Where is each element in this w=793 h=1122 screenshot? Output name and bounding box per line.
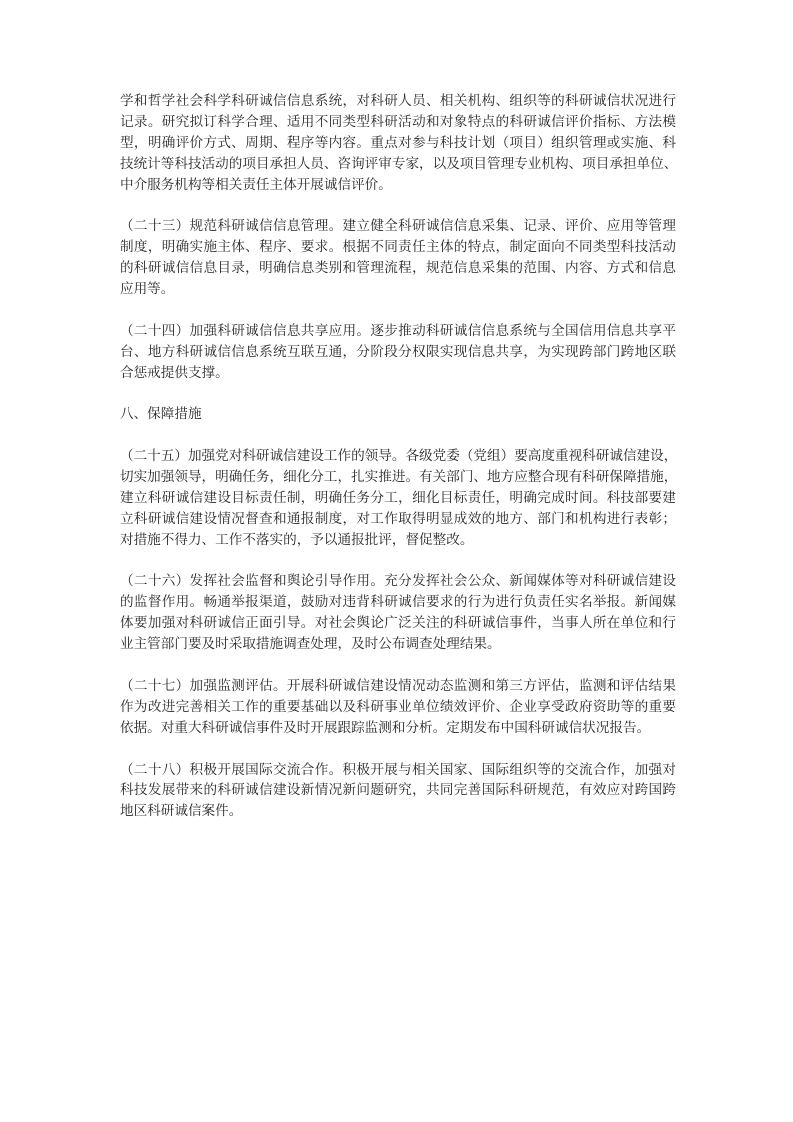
section-heading: 八、保障措施 xyxy=(120,404,676,425)
text-line: （二十五）加强党对科研诚信建设工作的领导。各级党委（党组）要高度重视科研诚信建设… xyxy=(120,446,676,467)
paragraph-24: （二十四）加强科研诚信信息共享应用。逐步推动科研诚信信息系统与全国信用信息共享平… xyxy=(120,321,676,384)
text-line: （二十四）加强科研诚信信息共享应用。逐步推动科研诚信信息系统与全国信用信息共享平 xyxy=(120,321,676,342)
text-line: 科技发展带来的科研诚信建设新情况新问题研究，共同完善国际科研规范，有效应对跨国跨 xyxy=(120,780,676,801)
text-line: （二十八）积极开展国际交流合作。积极开展与相关国家、国际组织等的交流合作，加强对 xyxy=(120,760,676,781)
section-heading-text: 八、保障措施 xyxy=(120,404,676,425)
text-line: 建立科研诚信建设目标责任制，明确任务分工，细化目标责任，明确完成时间。科技部要建 xyxy=(120,488,676,509)
text-line: （二十六）发挥社会监督和舆论引导作用。充分发挥社会公众、新闻媒体等对科研诚信建设 xyxy=(120,571,676,592)
text-line: 依据。对重大科研诚信事件及时开展跟踪监测和分析。定期发布中国科研诚信状况报告。 xyxy=(120,718,676,739)
paragraph-continuation: 学和哲学社会科学科研诚信信息系统，对科研人员、相关机构、组织等的科研诚信状况进行… xyxy=(120,91,676,195)
text-line: 地区科研诚信案件。 xyxy=(120,801,676,822)
text-line: 切实加强领导，明确任务，细化分工，扎实推进。有关部门、地方应整合现有科研保障措施… xyxy=(120,467,676,488)
paragraph-27: （二十七）加强监测评估。开展科研诚信建设情况动态监测和第三方评估，监测和评估结果… xyxy=(120,676,676,739)
document-body: 学和哲学社会科学科研诚信信息系统，对科研人员、相关机构、组织等的科研诚信状况进行… xyxy=(120,91,676,843)
paragraph-23: （二十三）规范科研诚信信息管理。建立健全科研诚信信息采集、记录、评价、应用等管理… xyxy=(120,216,676,300)
text-line: 对措施不得力、工作不落实的，予以通报批评，督促整改。 xyxy=(120,530,676,551)
text-line: 学和哲学社会科学科研诚信信息系统，对科研人员、相关机构、组织等的科研诚信状况进行 xyxy=(120,91,676,112)
text-line: 制度，明确实施主体、程序、要求。根据不同责任主体的特点，制定面向不同类型科技活动 xyxy=(120,237,676,258)
text-line: 技统计等科技活动的项目承担人员、咨询评审专家，以及项目管理专业机构、项目承担单位… xyxy=(120,154,676,175)
paragraph-26: （二十六）发挥社会监督和舆论引导作用。充分发挥社会公众、新闻媒体等对科研诚信建设… xyxy=(120,571,676,655)
text-line: 业主管部门要及时采取措施调查处理，及时公布调查处理结果。 xyxy=(120,634,676,655)
paragraph-28: （二十八）积极开展国际交流合作。积极开展与相关国家、国际组织等的交流合作，加强对… xyxy=(120,760,676,823)
text-line: 的科研诚信信息目录，明确信息类别和管理流程，规范信息采集的范围、内容、方式和信息 xyxy=(120,258,676,279)
text-line: 应用等。 xyxy=(120,279,676,300)
document-page: 学和哲学社会科学科研诚信信息系统，对科研人员、相关机构、组织等的科研诚信状况进行… xyxy=(0,0,793,1122)
text-line: 作为改进完善相关工作的重要基础以及科研事业单位绩效评价、企业享受政府资助等的重要 xyxy=(120,697,676,718)
text-line: 型，明确评价方式、周期、程序等内容。重点对参与科技计划（项目）组织管理或实施、科 xyxy=(120,133,676,154)
text-line: （二十七）加强监测评估。开展科研诚信建设情况动态监测和第三方评估，监测和评估结果 xyxy=(120,676,676,697)
text-line: 记录。研究拟订科学合理、适用不同类型科研活动和对象特点的科研诚信评价指标、方法模 xyxy=(120,112,676,133)
text-line: 中介服务机构等相关责任主体开展诚信评价。 xyxy=(120,175,676,196)
text-line: 立科研诚信建设情况督查和通报制度，对工作取得明显成效的地方、部门和机构进行表彰； xyxy=(120,509,676,530)
text-line: 的监督作用。畅通举报渠道，鼓励对违背科研诚信要求的行为进行负责任实名举报。新闻媒 xyxy=(120,592,676,613)
text-line: 台、地方科研诚信信息系统互联互通，分阶段分权限实现信息共享，为实现跨部门跨地区联 xyxy=(120,342,676,363)
paragraph-25: （二十五）加强党对科研诚信建设工作的领导。各级党委（党组）要高度重视科研诚信建设… xyxy=(120,446,676,550)
text-line: （二十三）规范科研诚信信息管理。建立健全科研诚信信息采集、记录、评价、应用等管理 xyxy=(120,216,676,237)
text-line: 合惩戒提供支撑。 xyxy=(120,363,676,384)
text-line: 体要加强对科研诚信正面引导。对社会舆论广泛关注的科研诚信事件，当事人所在单位和行 xyxy=(120,613,676,634)
